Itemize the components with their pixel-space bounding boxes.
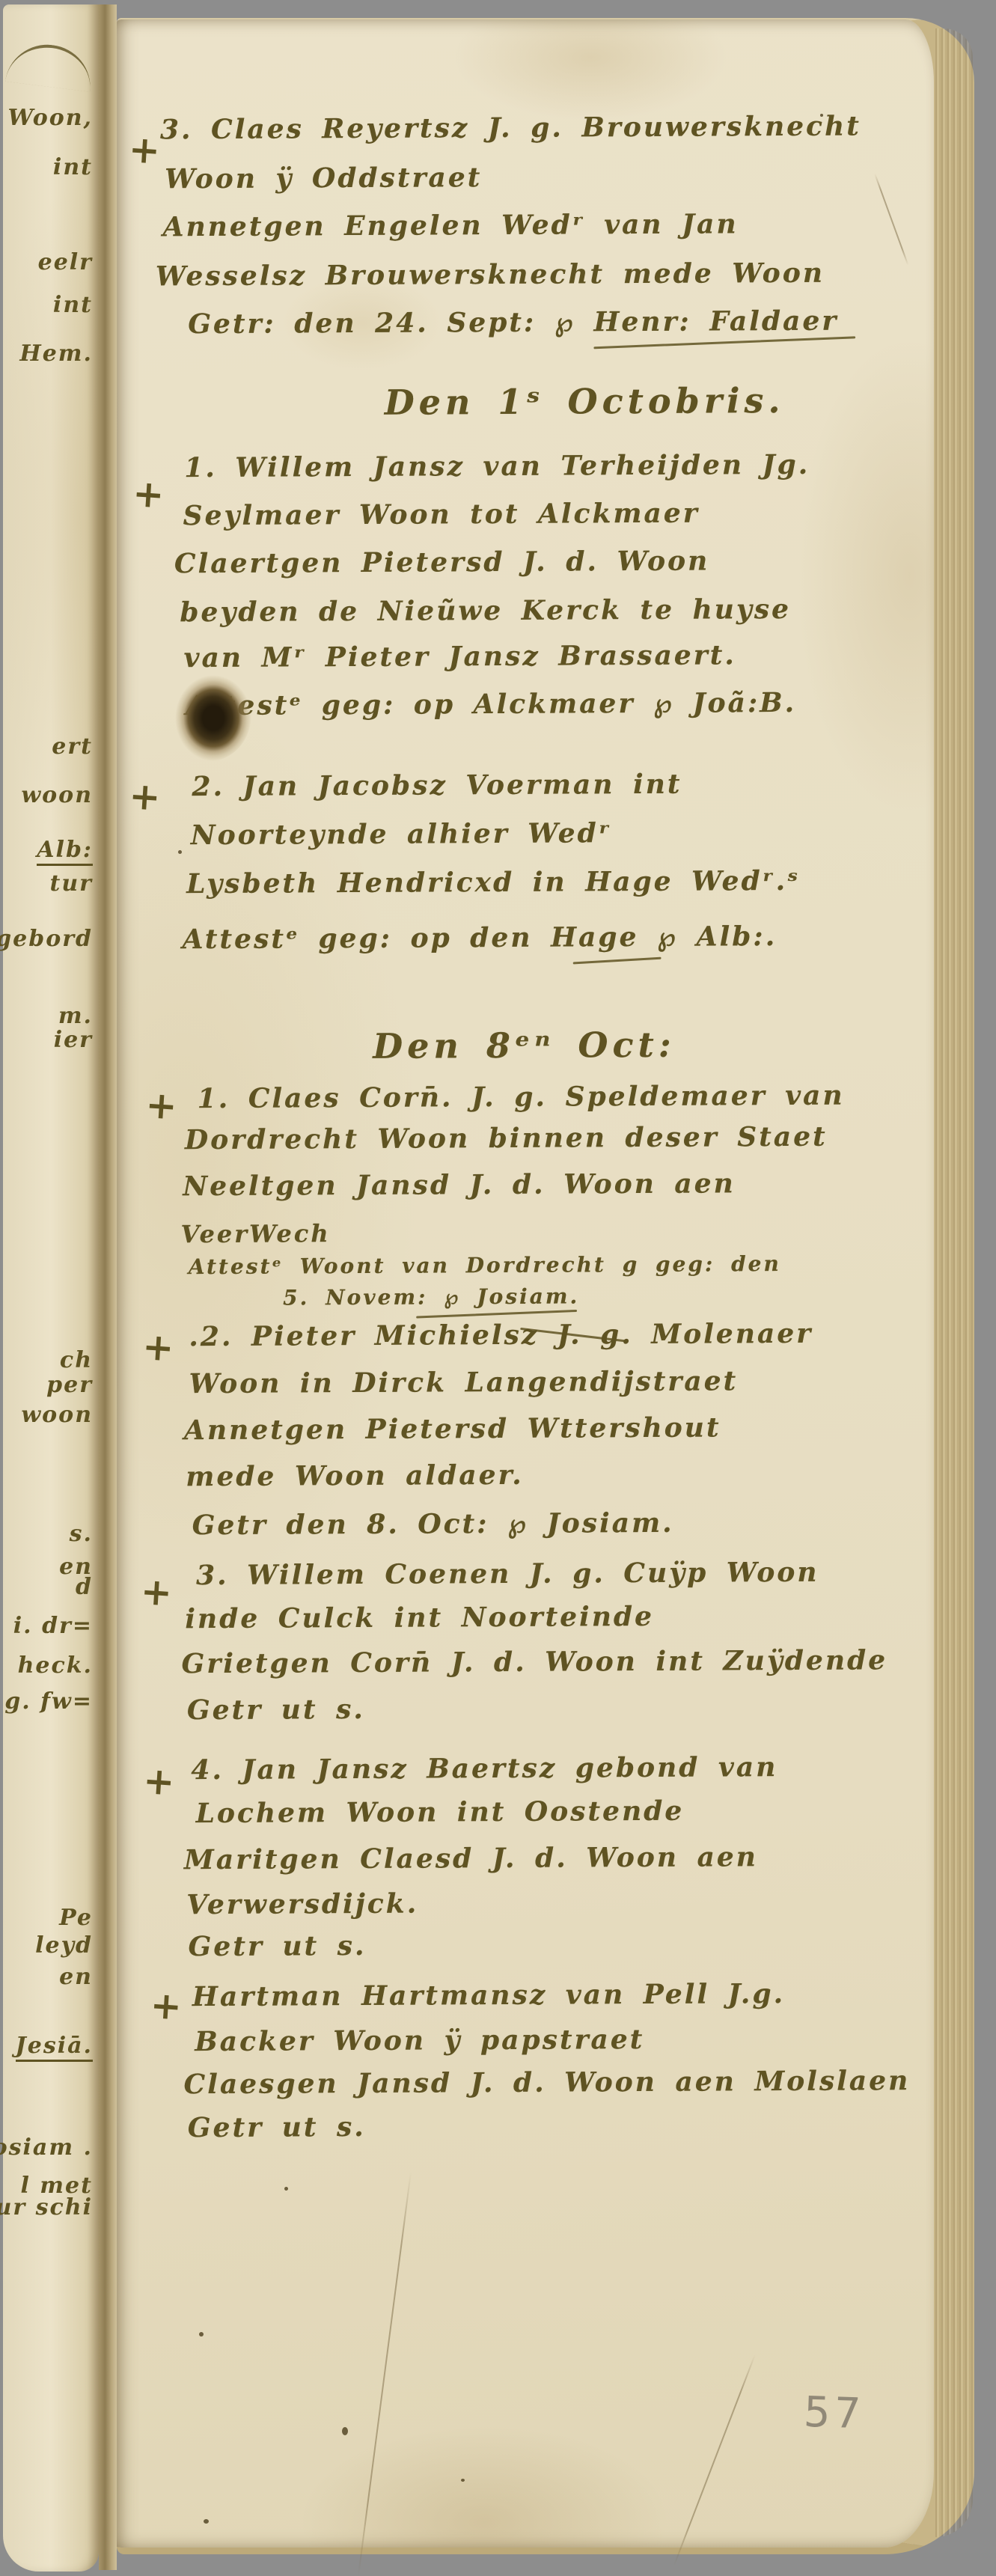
manuscript-line: 2. Jan Jacobsz Voerman int [192,769,682,802]
manuscript-scan: Woon,inteelrintHem.ertwoonAlb:turgebordm… [0,0,996,2576]
manuscript-line: 1. Claes Corn̄. J. g. Speldemaer van [198,1080,845,1115]
ink-speck [461,2479,465,2482]
manuscript-line: Verwersdijck. [186,1888,418,1921]
date-heading: Den 8ᵉⁿ Oct: [373,1025,676,1066]
manuscript-line: Annetgen Pietersd Wttershout [184,1411,721,1446]
date-heading: Den 1ˢ Octobris. [385,380,785,423]
manuscript-line: mede Woon aldaer. [186,1459,524,1492]
margin-cross-mark: + [128,773,162,820]
ink-speck [199,2332,204,2337]
ink-underline [416,1310,577,1319]
ink-speck [820,114,823,117]
ink-speck [342,2427,348,2435]
pencil-page-number: 57 [803,2388,865,2439]
ink-speck [204,2519,209,2524]
manuscript-line: Backer Woon ÿ papstraet [195,2024,644,2057]
manuscript-line: inde Culck int Noorteinde [185,1601,654,1635]
manuscript-line: Woon ÿ Oddstraet [165,162,482,195]
manuscript-line: 3. Claes Reyertsz J. g. Brouwersknecht [160,110,861,145]
manuscript-line: van Mʳ Pieter Jansz Brassaert. [183,639,736,674]
manuscript-line: 3. Willem Coenen J. g. Cuÿp Woon [196,1557,819,1591]
manuscript-line: 4. Jan Jansz Baertsz gebond van [191,1751,777,1786]
manuscript-line: 5. Novem: ℘ Josiam. [283,1284,579,1310]
manuscript-line: Getr ut s. [187,1694,365,1726]
manuscript-line: Neeltgen Jansd J. d. Woon aen [183,1168,736,1202]
manuscript-line: Lysbeth Hendricxd in Hage Wedʳ.ˢ [186,865,800,900]
manuscript-line: Getr ut s. [188,1930,366,1962]
ink-layer: 3. Claes Reyertsz J. g. BrouwersknechtWo… [0,0,996,2576]
margin-cross-mark: + [132,471,166,517]
manuscript-line: Woon in Dirck Langendijstraet [189,1365,739,1400]
manuscript-line: Noorteynde alhier Wedʳ [191,817,612,851]
manuscript-line: Hartman Hartmansz van Pell J.g. [192,1978,785,2012]
manuscript-line: Attestᵉ geg: op Alckmaer ℘ Joã:B. [186,687,796,721]
manuscript-line: Claertgen Pietersd J. d. Woon [174,546,710,580]
manuscript-line: 1. Willem Jansz van Terheijden Jg. [184,449,810,483]
margin-cross-mark: + [141,1324,176,1370]
ink-speck [284,2187,288,2191]
margin-cross-mark: + [139,1569,174,1615]
margin-cross-mark: + [144,1082,179,1129]
manuscript-line: Claesgen Jansd J. d. Woon aen Molslaen [183,2065,910,2100]
manuscript-line: Getr den 8. Oct: ℘ Josiam. [192,1507,674,1541]
manuscript-line: Wesselsz Brouwersknecht mede Woon [156,257,825,293]
manuscript-line: Seylmaer Woon tot Alckmaer [183,498,699,532]
manuscript-line: Annetgen Engelen Wedʳ van Jan [162,208,738,242]
manuscript-line: Maritgen Claesd J. d. Woon aen [184,1841,758,1875]
margin-cross-mark: + [149,1983,183,2029]
manuscript-line: Lochem Woon int Oostende [196,1795,685,1829]
manuscript-line: Dordrecht Woon binnen deser Staet [185,1121,828,1156]
margin-cross-mark: + [127,126,162,173]
manuscript-line: Getr ut s. [188,2111,366,2143]
manuscript-line: VeerWech [181,1219,331,1248]
ink-speck [178,850,182,854]
manuscript-line: Getr: den 24. Sept: ℘ Henr: Faldaer [188,305,838,341]
manuscript-line: Grietgen Corn̄ J. d. Woon int Zuÿdende [182,1644,888,1679]
ink-underline [573,957,662,965]
manuscript-line: beyden de Nieũwe Kerck te huyse [180,593,791,628]
manuscript-line: Attestᵉ geg: op den Hage ℘ Alb:. [182,921,777,955]
manuscript-line: Attestᵉ Woont van Dordrecht g geg: den [189,1251,781,1279]
manuscript-line: .2. Pieter Michielsz J. g. Molenaer [189,1318,813,1352]
margin-cross-mark: + [142,1758,177,1804]
ink-underline [593,336,855,349]
